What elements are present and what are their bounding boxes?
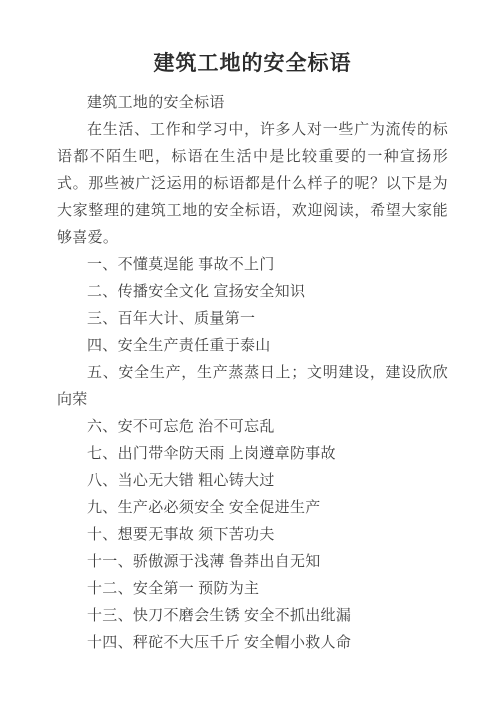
slogan-item: 十四、秤砣不大压千斤 安全帽小救人命 xyxy=(57,630,448,657)
slogan-item: 二、传播安全文化 宣扬安全知识 xyxy=(57,279,448,306)
slogan-item: 十、想要无事故 须下苦功夫 xyxy=(57,522,448,549)
document-page: 建筑工地的安全标语 建筑工地的安全标语 在生活、工作和学习中，许多人对一些广为流… xyxy=(0,0,500,707)
slogan-item: 六、安不可忘危 治不可忘乱 xyxy=(57,414,448,441)
slogan-item: 八、当心无大错 粗心铸大过 xyxy=(57,468,448,495)
document-title: 建筑工地的安全标语 xyxy=(57,48,448,79)
slogan-item: 一、不懂莫逞能 事故不上门 xyxy=(57,252,448,279)
slogan-item: 十二、安全第一 预防为主 xyxy=(57,576,448,603)
slogan-item: 七、出门带伞防天雨 上岗遵章防事故 xyxy=(57,441,448,468)
slogan-item: 五、安全生产，生产蒸蒸日上；文明建设，建设欣欣向荣 xyxy=(57,360,448,414)
slogan-item: 四、安全生产责任重于泰山 xyxy=(57,333,448,360)
slogan-item: 九、生产必必须安全 安全促进生产 xyxy=(57,495,448,522)
document-subheading: 建筑工地的安全标语 xyxy=(57,90,448,117)
slogan-list: 一、不懂莫逞能 事故不上门二、传播安全文化 宣扬安全知识三、百年大计、质量第一四… xyxy=(57,252,448,657)
slogan-item: 十三、快刀不磨会生锈 安全不抓出纰漏 xyxy=(57,603,448,630)
slogan-item: 十一、骄傲源于浅薄 鲁莽出自无知 xyxy=(57,549,448,576)
slogan-item: 三、百年大计、质量第一 xyxy=(57,306,448,333)
intro-paragraph: 在生活、工作和学习中，许多人对一些广为流传的标语都不陌生吧，标语在生活中是比较重… xyxy=(57,117,448,252)
